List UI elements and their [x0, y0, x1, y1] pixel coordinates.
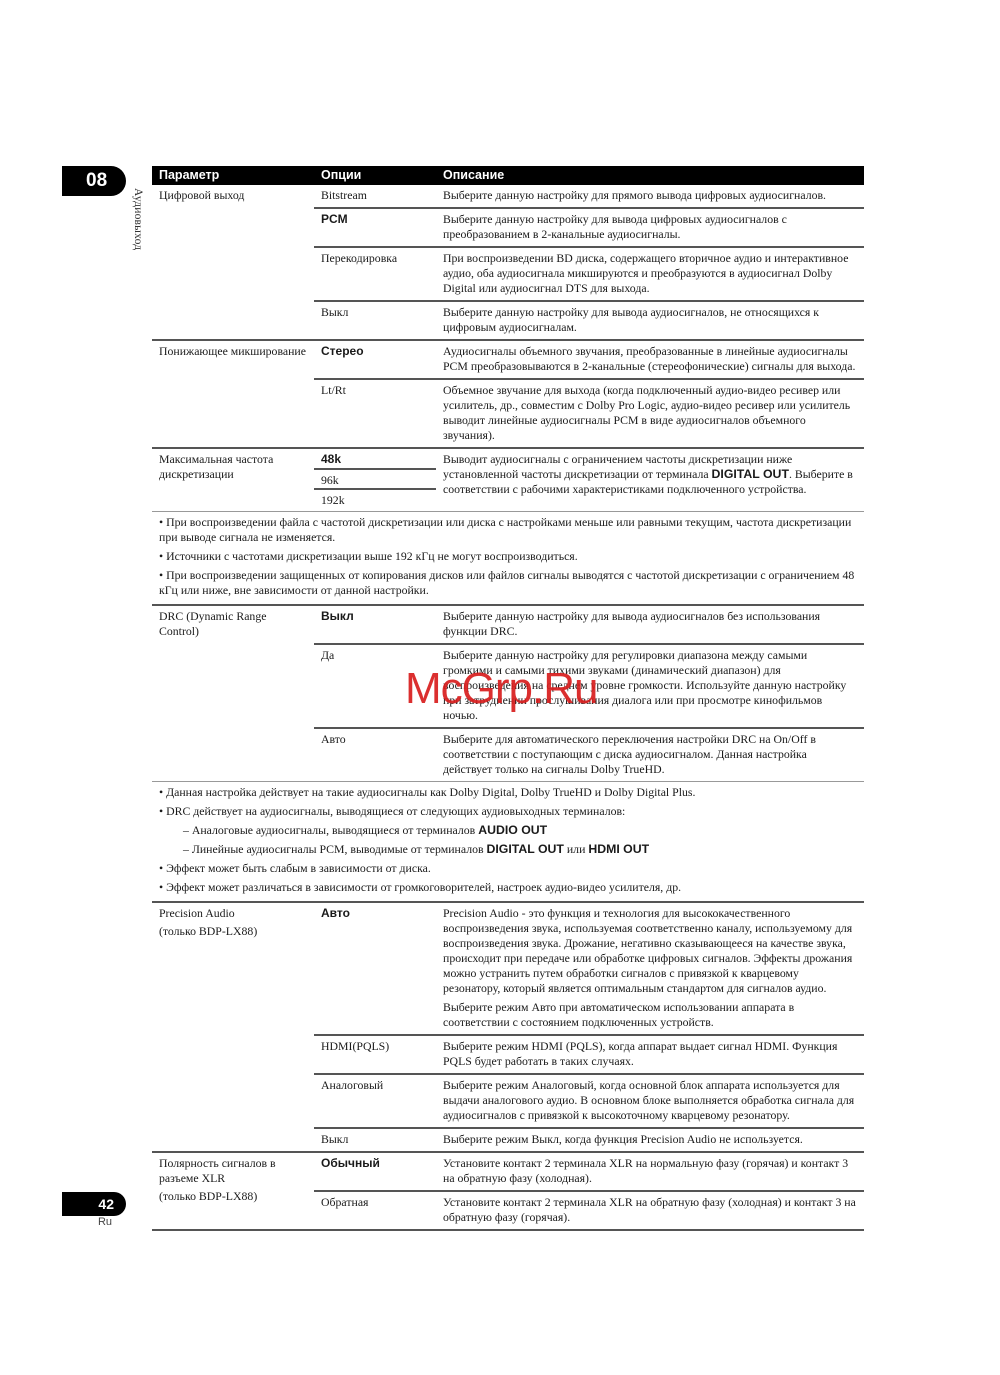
option-description: Выберите данную настройку для вывода ауд… — [436, 302, 864, 339]
terminal-name: DIGITAL OUT — [712, 467, 789, 481]
table-row: Lt/Rt Объемное звучание для выхода (когд… — [314, 380, 864, 447]
option-label: 96k — [314, 470, 436, 491]
table-row: HDMI(PQLS) Выберите режим HDMI (PQLS), к… — [314, 1036, 864, 1075]
option-label-default: Авто — [314, 903, 436, 1034]
option-description: Выберите данную настройку для вывода ауд… — [436, 606, 864, 643]
desc-paragraph: Выберите режим Авто при автоматическом и… — [443, 1000, 857, 1030]
param-label: Полярность сигналов в разъеме XLR — [159, 1156, 307, 1186]
terminal-name: HDMI OUT — [588, 842, 649, 856]
option-label-default: Выкл — [314, 606, 436, 643]
option-description: Precision Audio - это функция и технолог… — [436, 903, 864, 1034]
option-label: Да — [314, 645, 436, 727]
option-description: Установите контакт 2 терминала XLR на об… — [436, 1192, 864, 1229]
note-subitem: – Линейные аудиосигналы PCM, выводимые о… — [183, 842, 857, 857]
option-label: Обратная — [314, 1192, 436, 1229]
option-description: Установите контакт 2 терминала XLR на но… — [436, 1153, 864, 1190]
param-note: (только BDP-LX88) — [159, 1189, 307, 1204]
param-label: Максимальная частота дискретизации — [152, 449, 314, 511]
note-subitem: – Аналоговые аудиосигналы, выводящиеся о… — [183, 823, 857, 838]
page-language: Ru — [62, 1216, 112, 1228]
note-text: – Линейные аудиосигналы PCM, выводимые о… — [183, 842, 487, 856]
setting-max-sampling: Максимальная частота дискретизации 48k 9… — [152, 449, 864, 512]
note-text: – Аналоговые аудиосигналы, выводящиеся о… — [183, 823, 478, 837]
option-label: 192k — [314, 490, 436, 511]
param-label: Precision Audio — [159, 906, 307, 921]
setting-drc: DRC (Dynamic Range Control) Выкл Выберит… — [152, 606, 864, 782]
option-description: Объемное звучание для выхода (когда подк… — [436, 380, 864, 447]
note-item: • При воспроизведении файла с частотой д… — [159, 515, 857, 545]
header-param: Параметр — [152, 166, 314, 185]
note-item: • Источники с частотами дискретизации вы… — [159, 549, 857, 564]
param-note: (только BDP-LX88) — [159, 924, 307, 939]
option-label: Lt/Rt — [314, 380, 436, 447]
sampling-notes: • При воспроизведении файла с частотой д… — [152, 512, 864, 606]
terminal-name: AUDIO OUT — [478, 823, 547, 837]
note-item: • Эффект может быть слабым в зависимости… — [159, 861, 857, 876]
param-label: Цифровой выход — [152, 185, 314, 339]
setting-digital-output: Цифровой выход Bitstream Выберите данную… — [152, 185, 864, 341]
table-row: Выкл Выберите режим Выкл, когда функция … — [314, 1129, 864, 1151]
note-text: или — [564, 842, 588, 856]
terminal-name: DIGITAL OUT — [487, 842, 564, 856]
option-description: Аудиосигналы объемного звучания, преобра… — [436, 341, 864, 378]
option-label: Выкл — [314, 1129, 436, 1151]
table-row: Авто Выберите для автоматического перекл… — [314, 729, 864, 781]
header-description: Описание — [436, 166, 864, 185]
option-description: Выберите режим Выкл, когда функция Preci… — [436, 1129, 864, 1151]
note-item: • DRC действует на аудиосигналы, выводящ… — [159, 804, 857, 819]
option-label: HDMI(PQLS) — [314, 1036, 436, 1073]
note-item: • Данная настройка действует на такие ау… — [159, 785, 857, 800]
table-row: Да Выберите данную настройку для регулир… — [314, 645, 864, 729]
option-description: Выберите для автоматического переключени… — [436, 729, 864, 781]
option-description: Выберите данную настройку для прямого вы… — [436, 185, 864, 207]
table-row: Выкл Выберите данную настройку для вывод… — [314, 606, 864, 645]
option-description: Выводит аудиосигналы с ограничением част… — [436, 449, 864, 511]
option-description: Выберите данную настройку для регулировк… — [436, 645, 864, 727]
table-row: Обратная Установите контакт 2 терминала … — [314, 1192, 864, 1229]
section-side-title: Аудиовыход — [132, 188, 144, 250]
option-label-default: 48k — [314, 449, 436, 470]
settings-table: Параметр Опции Описание Цифровой выход B… — [152, 166, 864, 1231]
setting-precision-audio: Precision Audio (только BDP-LX88) Авто P… — [152, 903, 864, 1153]
table-row: PCM Выберите данную настройку для вывода… — [314, 209, 864, 248]
note-item: • Эффект может различаться в зависимости… — [159, 880, 857, 895]
table-header: Параметр Опции Описание — [152, 166, 864, 185]
header-options: Опции — [314, 166, 436, 185]
table-row: Стерео Аудиосигналы объемного звучания, … — [314, 341, 864, 380]
option-description: При воспроизведении BD диска, содержащег… — [436, 248, 864, 300]
page-number-tab: 42 — [62, 1192, 126, 1216]
option-description: Выберите режим HDMI (PQLS), когда аппара… — [436, 1036, 864, 1073]
table-row: Bitstream Выберите данную настройку для … — [314, 185, 864, 209]
setting-downmix: Понижающее микширование Стерео Аудиосигн… — [152, 341, 864, 449]
table-row: Авто Precision Audio - это функция и тех… — [314, 903, 864, 1036]
table-row: Перекодировка При воспроизведении BD дис… — [314, 248, 864, 302]
param-label: Понижающее микширование — [152, 341, 314, 447]
table-row: Обычный Установите контакт 2 терминала X… — [314, 1153, 864, 1192]
drc-notes: • Данная настройка действует на такие ау… — [152, 782, 864, 903]
option-label-default: Обычный — [314, 1153, 436, 1190]
option-description: Выберите данную настройку для вывода циф… — [436, 209, 864, 246]
option-label-default: PCM — [314, 209, 436, 246]
table-row: Выкл Выберите данную настройку для вывод… — [314, 302, 864, 339]
option-label: Аналоговый — [314, 1075, 436, 1127]
option-label: Перекодировка — [314, 248, 436, 300]
desc-paragraph: Precision Audio - это функция и технолог… — [443, 906, 857, 996]
chapter-number-tab: 08 — [62, 166, 126, 196]
option-label-default: Стерео — [314, 341, 436, 378]
option-label: Bitstream — [314, 185, 436, 207]
param-label: DRC (Dynamic Range Control) — [152, 606, 314, 781]
option-label: Выкл — [314, 302, 436, 339]
option-description: Выберите режим Аналоговый, когда основно… — [436, 1075, 864, 1127]
table-row: Аналоговый Выберите режим Аналоговый, ко… — [314, 1075, 864, 1129]
param-cell: Полярность сигналов в разъеме XLR (тольк… — [152, 1153, 314, 1229]
setting-xlr-polarity: Полярность сигналов в разъеме XLR (тольк… — [152, 1153, 864, 1231]
param-cell: Precision Audio (только BDP-LX88) — [152, 903, 314, 1151]
option-label: Авто — [314, 729, 436, 781]
note-item: • При воспроизведении защищенных от копи… — [159, 568, 857, 598]
